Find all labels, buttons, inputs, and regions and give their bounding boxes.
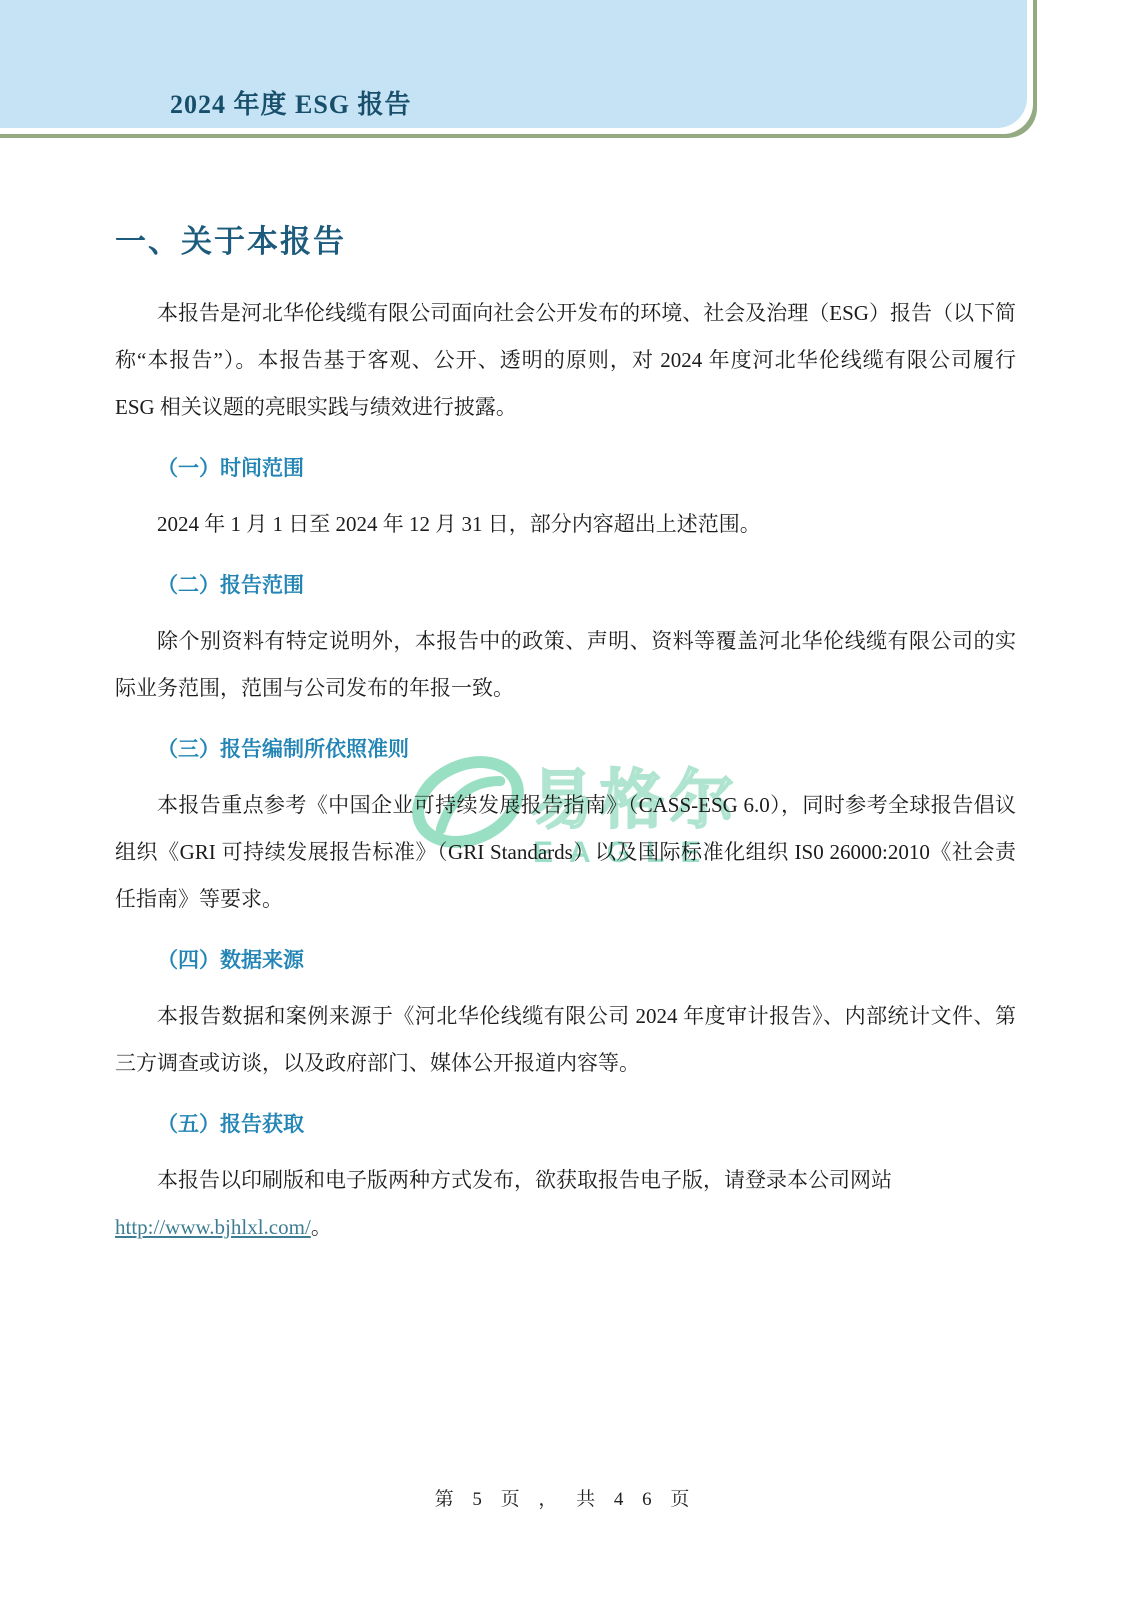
section-heading-standards: （三）报告编制所依照准则 [115,735,1016,765]
section-heading-data-sources: （四）数据来源 [115,946,1016,976]
document-content: 一、关于本报告 本报告是河北华伦线缆有限公司面向社会公开发布的环境、社会及治理（… [115,220,1016,1251]
main-heading: 一、关于本报告 [115,220,1016,264]
section-body-time-scope: 2024 年 1 月 1 日至 2024 年 12 月 31 日，部分内容超出上… [115,501,1016,548]
section-body-data-sources: 本报告数据和案例来源于《河北华伦线缆有限公司 2024 年度审计报告》、内部统计… [115,993,1016,1087]
report-header-title: 2024 年度 ESG 报告 [170,84,412,121]
company-website-link[interactable]: http://www.bjhlxl.com/ [115,1215,311,1239]
after-link-punctuation: 。 [311,1215,332,1239]
section-heading-report-scope: （二）报告范围 [115,571,1016,601]
header-banner [0,0,1027,128]
section-body-report-access: 本报告以印刷版和电子版两种方式发布，欲获取报告电子版，请登录本公司网站 http… [115,1157,1016,1251]
section-heading-time-scope: （一）时间范围 [115,454,1016,484]
section-heading-report-access: （五）报告获取 [115,1110,1016,1140]
intro-paragraph: 本报告是河北华伦线缆有限公司面向社会公开发布的环境、社会及治理（ESG）报告（以… [115,290,1016,431]
page-number-footer: 第 5 页 ， 共 4 6 页 [0,1484,1131,1511]
section-body-standards: 本报告重点参考《中国企业可持续发展报告指南》（CASS-ESG 6.0），同时参… [115,782,1016,923]
section-body-report-scope: 除个别资料有特定说明外，本报告中的政策、声明、资料等覆盖河北华伦线缆有限公司的实… [115,618,1016,712]
report-page: 2024 年度 ESG 报告 易格尔 EAGLE 一、关于本报告 本报告是河北华… [0,0,1131,1600]
report-access-text: 本报告以印刷版和电子版两种方式发布，欲获取报告电子版，请登录本公司网站 [157,1168,892,1192]
